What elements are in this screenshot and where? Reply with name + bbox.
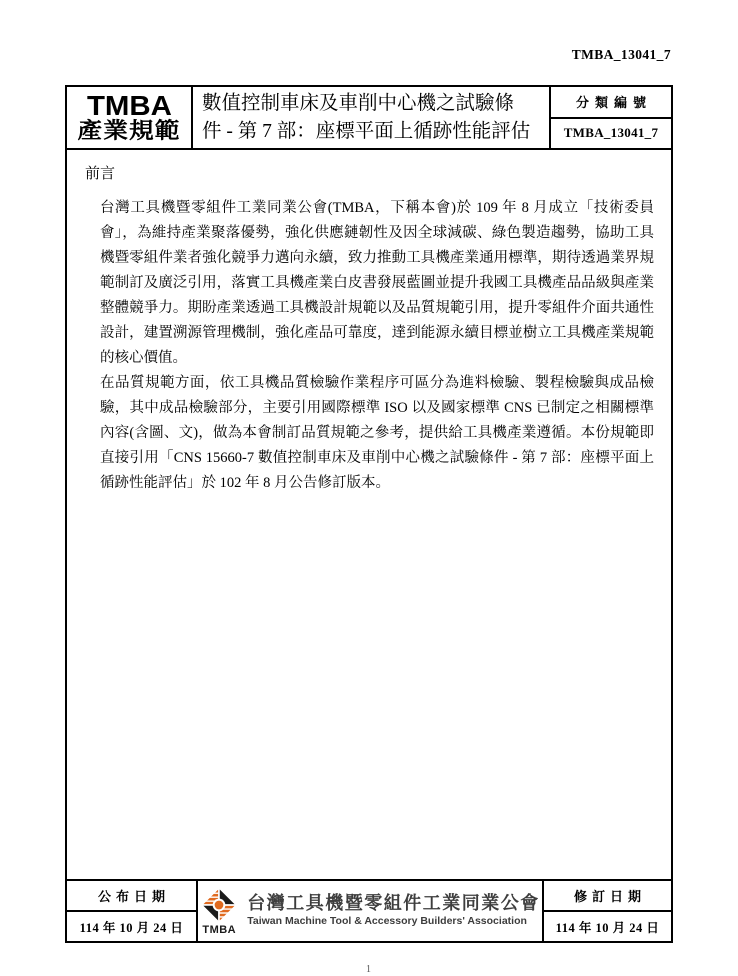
- industry-standard-label: 產業規範: [77, 119, 180, 142]
- tmba-standard-logo: TMBA 產業規範: [67, 87, 193, 148]
- publish-date-label: 公布日期: [67, 881, 196, 912]
- association-name-en: Taiwan Machine Tool & Accessory Builders…: [247, 915, 540, 929]
- association-names: 台灣工具機暨零組件工業同業公會 Taiwan Machine Tool & Ac…: [247, 893, 540, 928]
- association-name-zh: 台灣工具機暨零組件工業同業公會: [247, 893, 540, 915]
- foreword-paragraph-2: 在品質規範方面，依工具機品質檢驗作業程序可區分為進料檢驗、製程檢驗與成品檢驗，其…: [100, 371, 654, 496]
- revision-date-label: 修訂日期: [544, 881, 671, 912]
- title-block: TMBA 產業規範 數值控制車床及車削中心機之試驗條 件 - 第 7 部：座標平…: [67, 87, 671, 150]
- document-title-line2: 件 - 第 7 部：座標平面上循跡性能評估: [202, 118, 541, 146]
- foreword-paragraph-1: 台灣工具機暨零組件工業同業公會(TMBA，下稱本會)於 109 年 8 月成立「…: [100, 196, 654, 371]
- page-number: 1: [366, 964, 371, 975]
- footer-block: 公布日期 114 年 10 月 24 日: [67, 879, 671, 941]
- classification-label: 分類編號: [551, 87, 671, 119]
- publish-date-block: 公布日期 114 年 10 月 24 日: [67, 881, 198, 941]
- foreword-heading: 前言: [85, 165, 654, 183]
- document-body: 前言 台灣工具機暨零組件工業同業公會(TMBA，下稱本會)於 109 年 8 月…: [67, 150, 671, 879]
- document-title-line1: 數值控制車床及車削中心機之試驗條: [202, 90, 541, 118]
- tmba-diamond-icon: [200, 886, 238, 924]
- classification-block: 分類編號 TMBA_13041_7: [551, 87, 671, 148]
- classification-code: TMBA_13041_7: [551, 119, 671, 149]
- tmba-logo-word: TMBA: [202, 925, 236, 936]
- document-title: 數值控制車床及車削中心機之試驗條 件 - 第 7 部：座標平面上循跡性能評估: [193, 87, 551, 148]
- association-block: TMBA 台灣工具機暨零組件工業同業公會 Taiwan Machine Tool…: [198, 881, 542, 941]
- document-frame: TMBA 產業規範 數值控制車床及車削中心機之試驗條 件 - 第 7 部：座標平…: [65, 85, 673, 943]
- document-page: { "colors": { "logo_orange": "#e06a1f", …: [0, 0, 738, 976]
- tmba-diamond-logo: TMBA: [200, 886, 238, 936]
- publish-date-value: 114 年 10 月 24 日: [67, 912, 196, 941]
- revision-date-value: 114 年 10 月 24 日: [544, 912, 671, 941]
- tmba-logotype: TMBA: [87, 93, 172, 120]
- document-reference-header: TMBA_13041_7: [572, 47, 671, 63]
- revision-date-block: 修訂日期 114 年 10 月 24 日: [542, 881, 671, 941]
